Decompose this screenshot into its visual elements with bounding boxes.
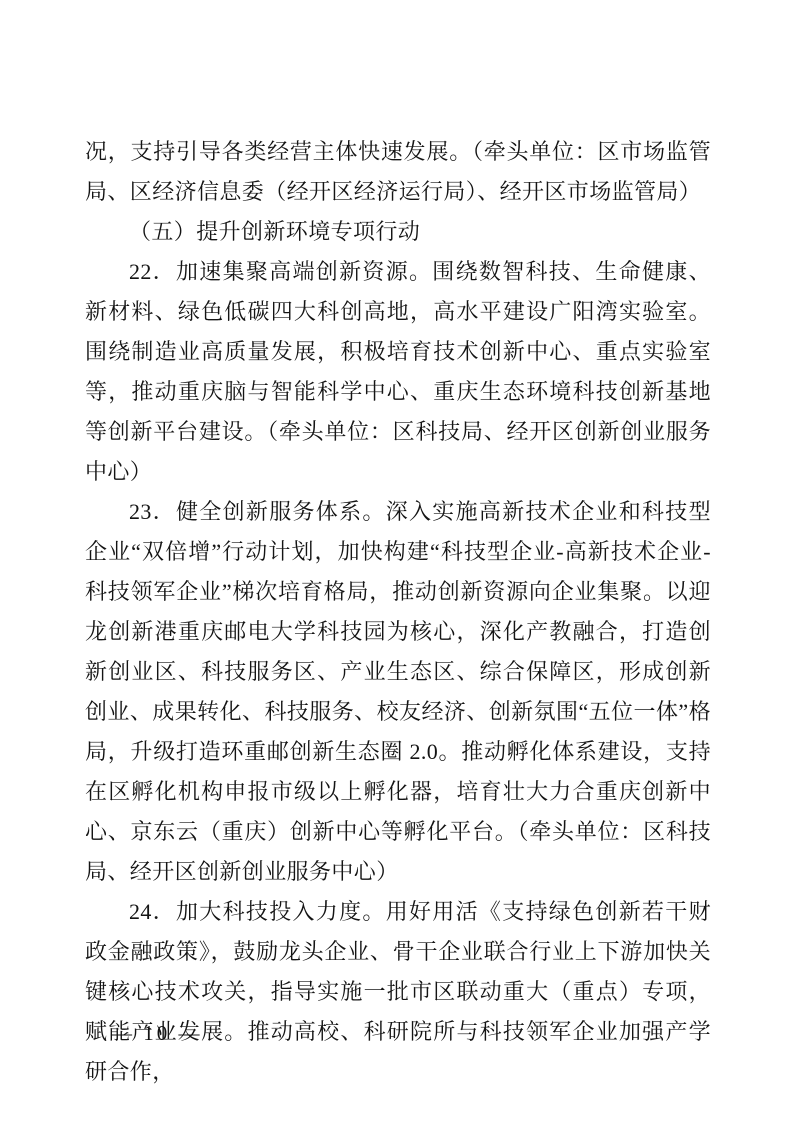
paragraph-item-23: 23．健全创新服务体系。深入实施高新技术企业和科技型企业“双倍增”行动计划，加快… bbox=[85, 492, 711, 892]
document-body: 况，支持引导各类经营主体快速发展。（牵头单位：区市场监管局、区经济信息委（经开区… bbox=[85, 132, 711, 1092]
page-number: — 10 — bbox=[111, 1020, 203, 1046]
paragraph-item-24: 24．加大科技投入力度。用好用活《支持绿色创新若干财政金融政策》，鼓励龙头企业、… bbox=[85, 892, 711, 1092]
paragraph-continuation: 况，支持引导各类经营主体快速发展。（牵头单位：区市场监管局、区经济信息委（经开区… bbox=[85, 132, 711, 212]
document-page: 况，支持引导各类经营主体快速发展。（牵头单位：区市场监管局、区经济信息委（经开区… bbox=[0, 0, 793, 1122]
section-heading: （五）提升创新环境专项行动 bbox=[85, 212, 711, 252]
paragraph-item-22: 22．加速集聚高端创新资源。围绕数智科技、生命健康、新材料、绿色低碳四大科创高地… bbox=[85, 252, 711, 492]
